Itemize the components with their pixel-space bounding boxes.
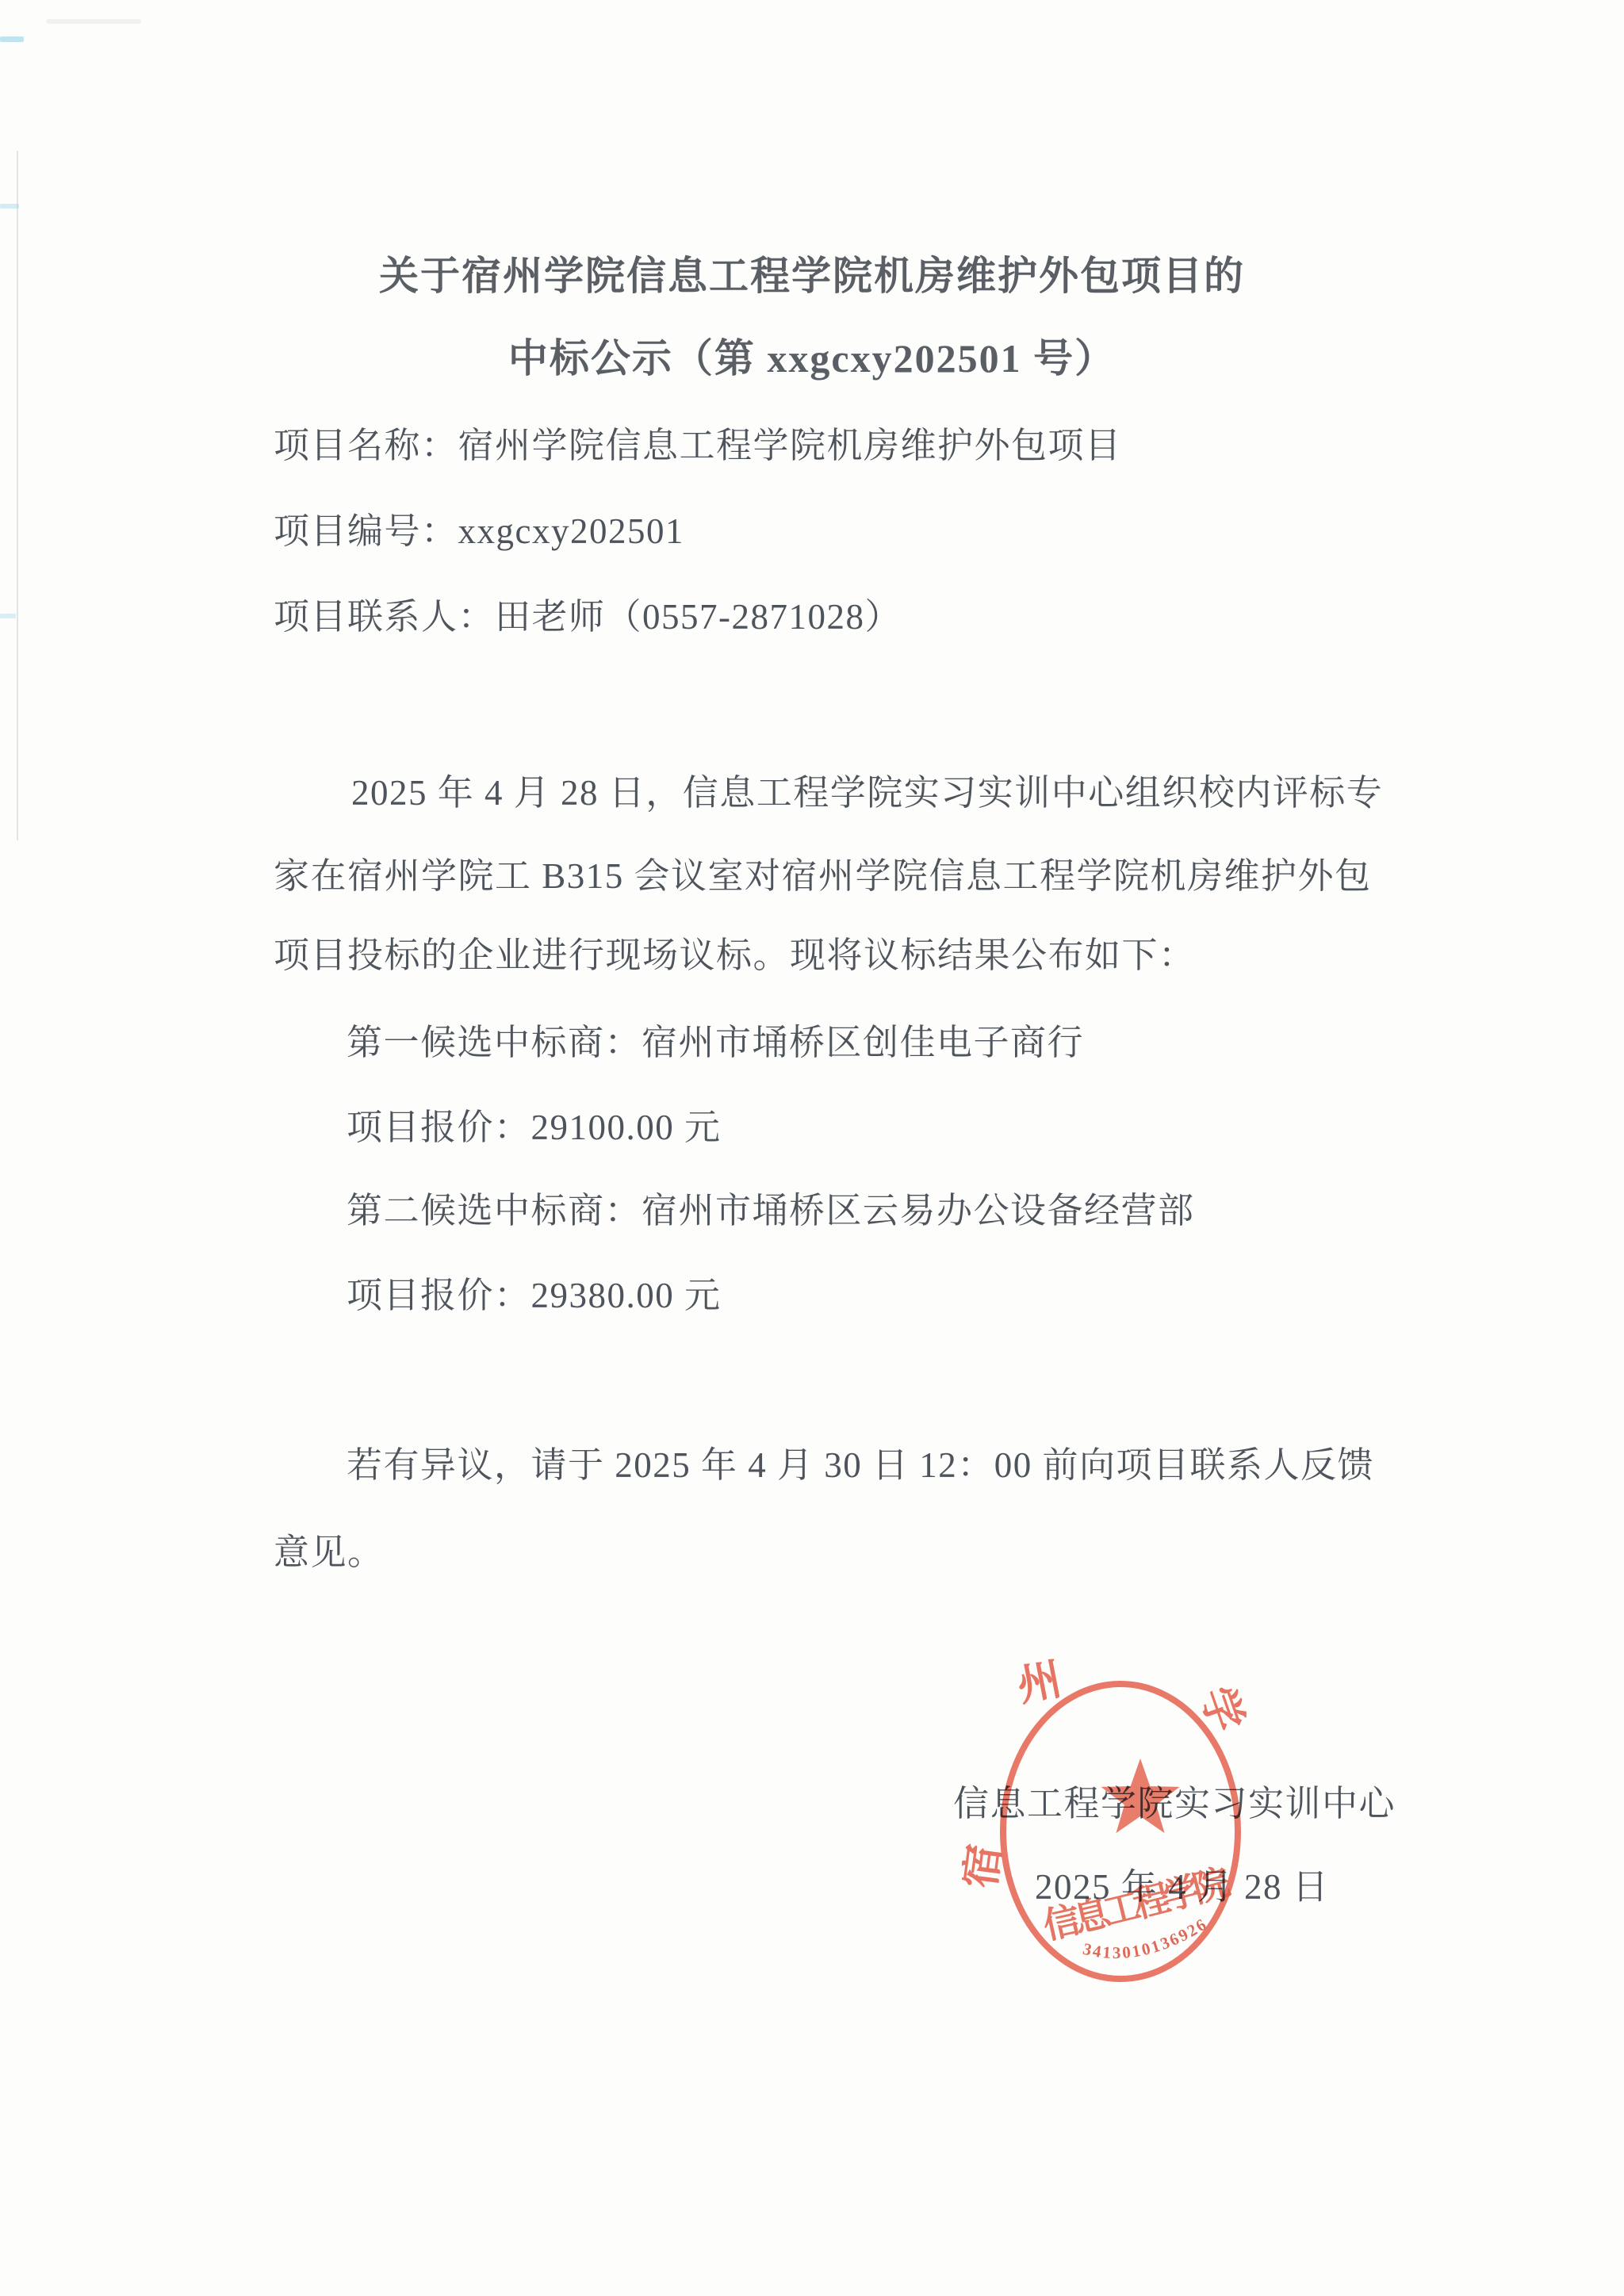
seal-ring-text: 宿州学院: [962, 1641, 1279, 1891]
result-second-candidate: 第二候选中标商：宿州市埇桥区云易办公设备经营部: [347, 1189, 1195, 1232]
scanned-document-page: 关于宿州学院信息工程学院机房维护外包项目的 中标公示（第 xxgcxy20250…: [0, 0, 1624, 2296]
body-paragraph-line-3: 项目投标的企业进行现场议标。现将议标结果公布如下：: [274, 934, 1196, 977]
scan-streak: [0, 614, 16, 618]
seal-star-icon: [1101, 1758, 1180, 1833]
scan-streak: [0, 204, 19, 209]
scan-smudge: [46, 19, 141, 24]
body-paragraph-line-1: 2025 年 4 月 28 日，信息工程学院实习实训中心组织校内评标专: [351, 771, 1383, 814]
meta-project-contact: 项目联系人：田老师（0557-2871028）: [274, 595, 902, 638]
scan-streak: [0, 36, 24, 42]
document-title-line-1: 关于宿州学院信息工程学院机房维护外包项目的: [0, 252, 1624, 300]
official-seal-stamp: 宿州学院 信息工程学院 3413010136926: [962, 1641, 1279, 2022]
meta-project-name: 项目名称：宿州学院信息工程学院机房维护外包项目: [274, 424, 1122, 467]
seal-ring-textpath: 宿州学院: [962, 1641, 1279, 1891]
notice-line-2: 意见。: [274, 1531, 385, 1574]
document-title-line-2: 中标公示（第 xxgcxy202501 号）: [0, 335, 1624, 382]
result-first-candidate: 第一候选中标商：宿州市埇桥区创佳电子商行: [347, 1021, 1084, 1064]
notice-line-1: 若有异议，请于 2025 年 4 月 30 日 12：00 前向项目联系人反馈: [347, 1444, 1374, 1487]
result-first-price: 项目报价：29100.00 元: [347, 1106, 722, 1149]
body-paragraph-line-2: 家在宿州学院工 B315 会议室对宿州学院信息工程学院机房维护外包: [274, 855, 1372, 897]
result-second-price: 项目报价：29380.00 元: [347, 1274, 722, 1317]
meta-project-number: 项目编号：xxgcxy202501: [274, 510, 684, 553]
